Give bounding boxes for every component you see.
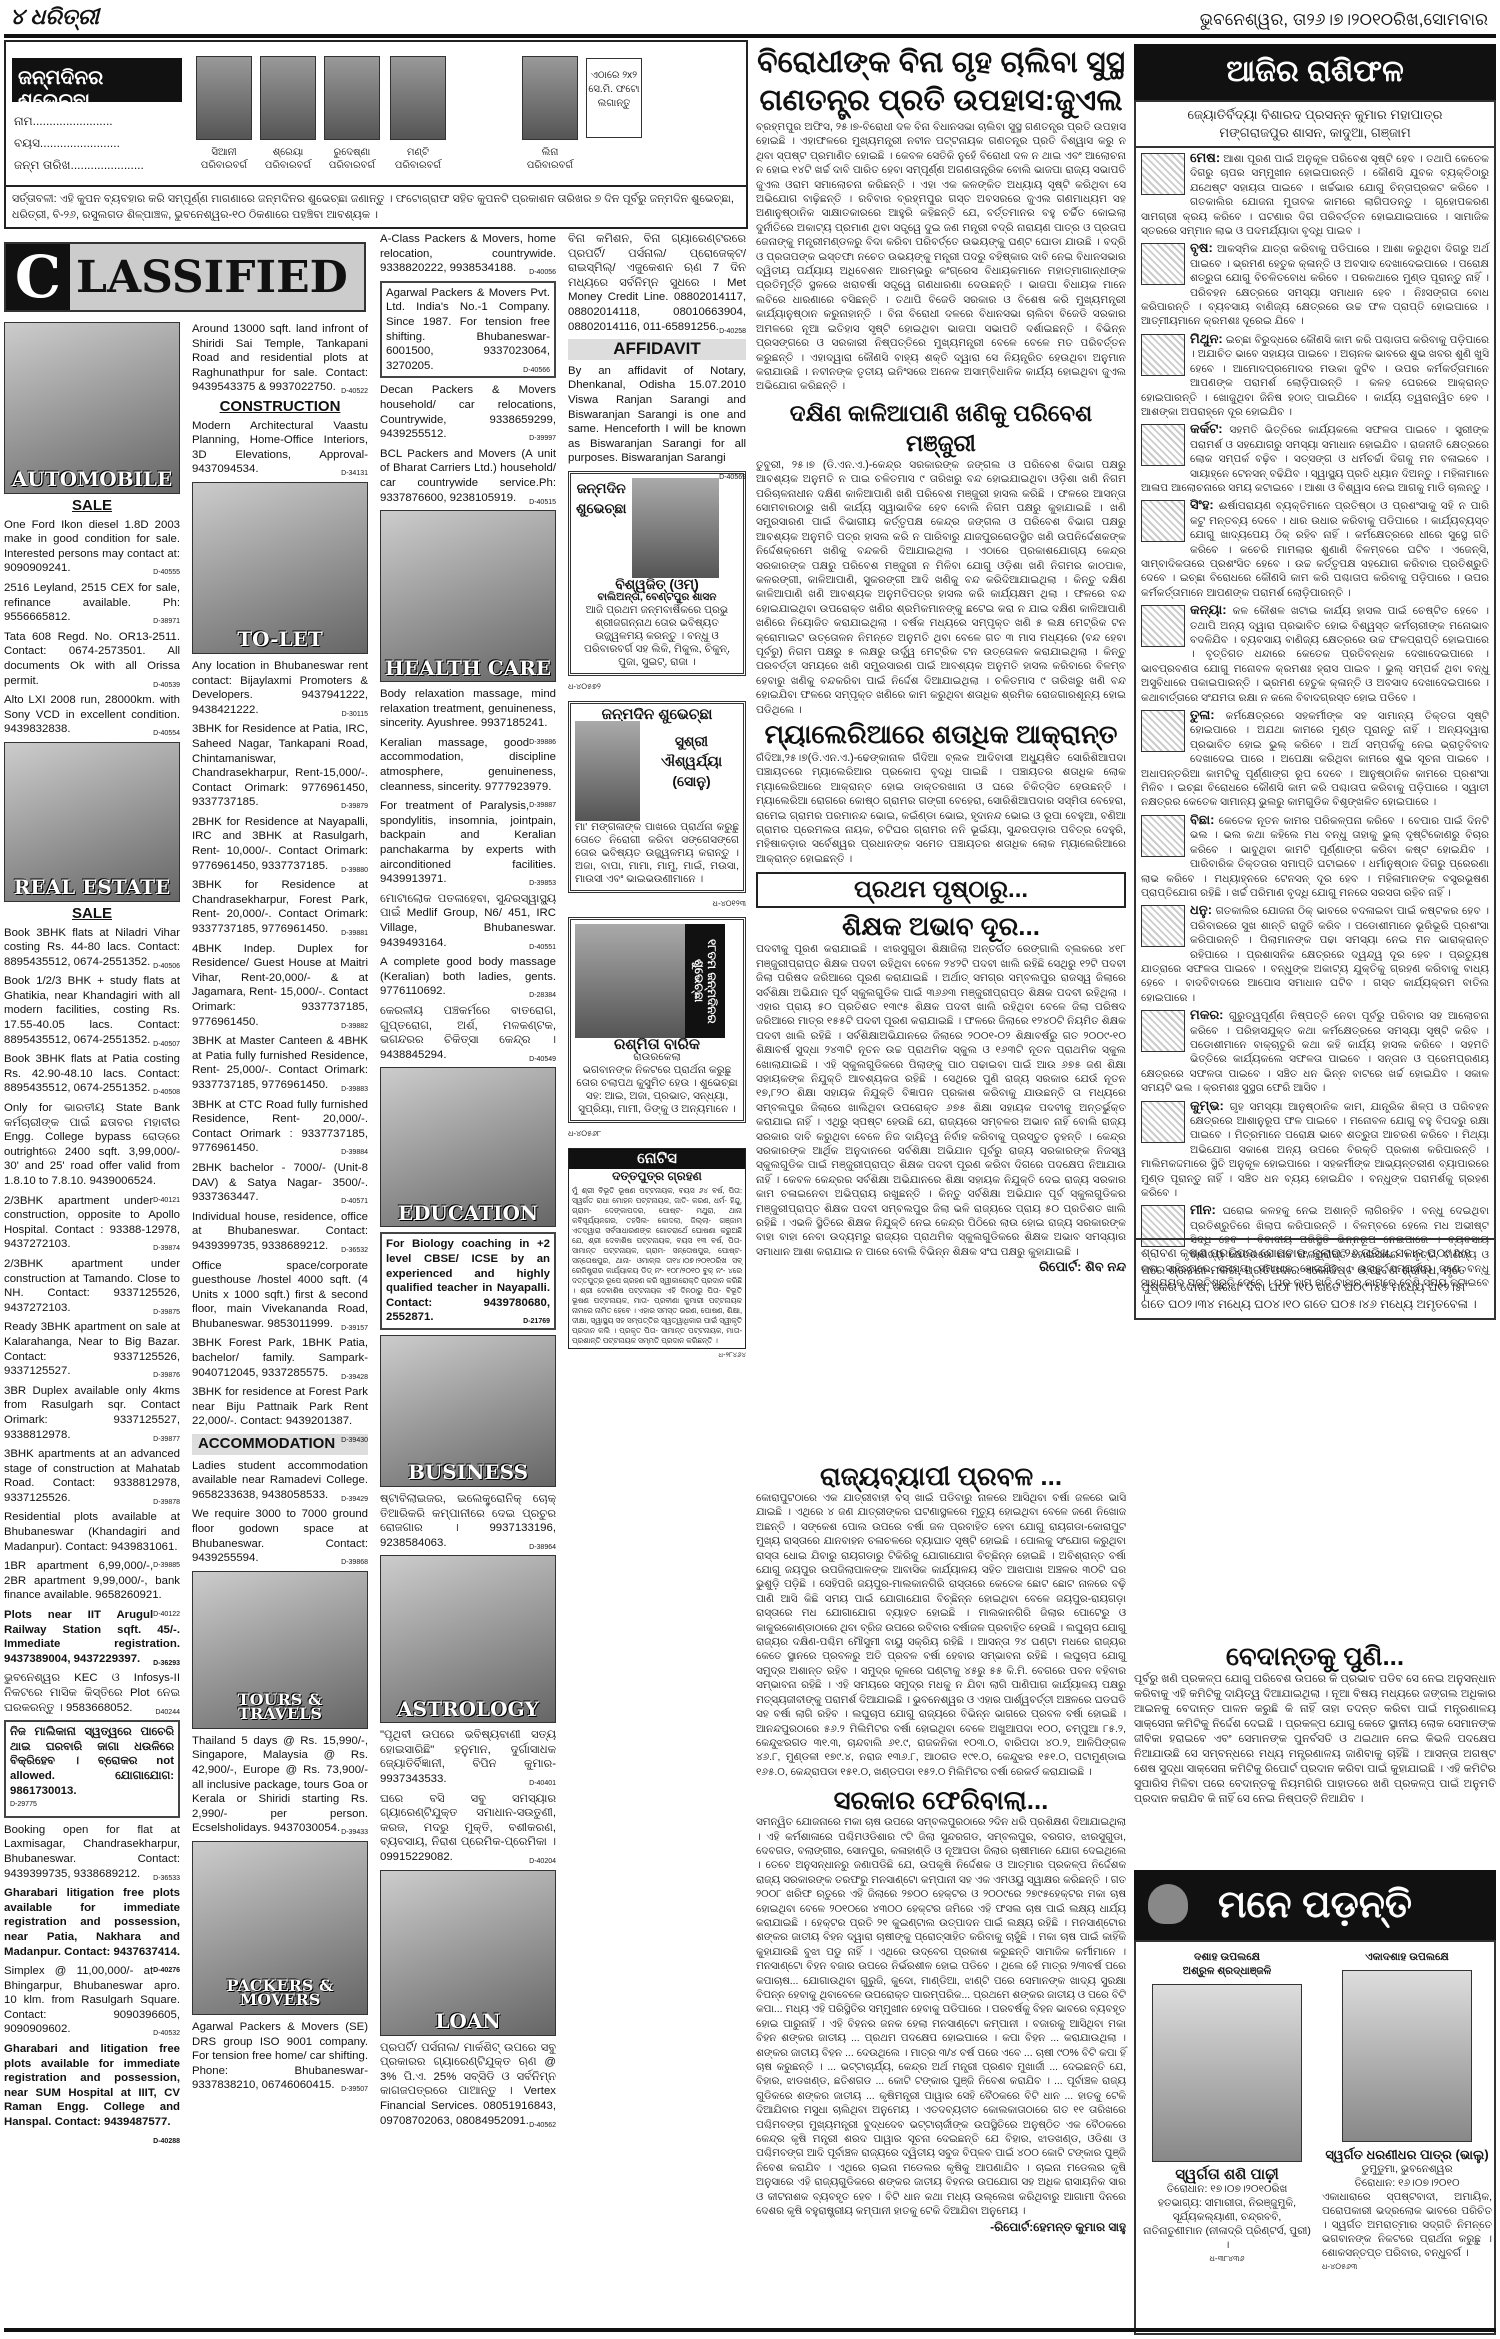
bull-icon: [1141, 243, 1185, 285]
classified-ad: Thailand 5 days @ Rs. 15,990/-, Singapor…: [192, 1734, 368, 1836]
birthday-coupon: ଜନ୍ମଦିନର ଶୁଭେଚ୍ଛା ନାମ...................…: [4, 40, 748, 229]
scales-icon: [1141, 710, 1185, 752]
rain-article: ରାଜ୍ୟବ୍ୟାପୀ ପ୍ରବଳ ... କୋରାପୁଟଠାରେ ଏକ ଯାତ…: [756, 1460, 1126, 2235]
scorpion-icon: [1141, 815, 1185, 857]
water-bearer-icon: [1141, 1101, 1185, 1143]
age-field[interactable]: ବୟସ........................: [14, 136, 120, 151]
classified-ad: 3BR Duplex available only 4kms from Rasu…: [4, 1384, 180, 1442]
classified-ad: ମୋଟାଲୋକ ପତଳାହେବା, ସୁନ୍ଦରସ୍ୱାସ୍ଥ୍ୟ ପାଇଁ M…: [380, 892, 556, 950]
article-body: ସମନ୍ୱିତ ଯୋଜନାରେ ମକା ଚାଷ ଉପରେ ସମ୍ବଲପୁରଠାର…: [756, 1816, 1126, 2219]
coupon-terms: ସର୍ତ୍ତାବଳୀ: ଏହି କୁପନ ବ୍ୟବହାର କରି ସମ୍ପୂର୍…: [6, 185, 746, 227]
banner-initial: C: [6, 244, 70, 310]
article-body: ଗଁଦିଆ,୨୫।୭(ଡି.ଏନ.ଏ.)-ଢେଙ୍କାନାଳ ଗଁଦିଆ ବ୍ଲ…: [756, 751, 1126, 866]
headline: ଶିକ୍ଷକ ଅଭାବ ଦୂର...: [756, 910, 1126, 942]
classified-ad: Book 3BHK flats at Patia costing Rs. 42.…: [4, 1052, 180, 1096]
health-care-banner: HEALTH CARE: [380, 510, 556, 682]
sale-heading: SALE: [4, 907, 180, 922]
child-photo: [260, 56, 316, 140]
classified-ad: ଷ୍ଟାବିଲାଇଜର, ଇଲେକ୍ଟ୍ରୋନିକ୍ ଚୋକ୍ ତିଆରିକରି…: [380, 1492, 556, 1550]
classified-column-1: AUTOMOBILE SALE One Ford Ikon diesel 1.8…: [4, 322, 180, 2149]
classified-ad: Agarwal Packers & Movers (SE) DRS group …: [192, 2020, 368, 2093]
photo-caption: ମଣ୍ଟିପରିବାରବର୍ଗ: [378, 146, 458, 172]
classified-ad: Residential plots available at Bhubanesw…: [4, 1510, 180, 1554]
rashi-sagittarius: ଧନୁ: ଗତକାଲିର ଯୋଜନା ଠିକ୍ ଭାବରେ ବଦଳାଇବା ପା…: [1136, 903, 1494, 1005]
classified-ad: By an affidavit of Notary, Dhenkanal, Od…: [568, 364, 746, 466]
coupon-title: ଜନ୍ମଦିନର ଶୁଭେଚ୍ଛା: [12, 58, 182, 102]
classified-ad: ଘରେ ବସି ସବୁ ସମସ୍ୟାର ଗ୍ୟାରେଣ୍ଟିଯୁକ୍ତ ସମାଧ…: [380, 1792, 556, 1865]
obituary-title: ମନେ ପଡ଼ନ୍ତି: [1134, 1870, 1496, 1940]
rashi-aries: ମେଷ: ଆଶା ପୂରଣ ପାଇଁ ଅନୁକୂଳ ପରିବେଶ ସୃଷ୍ଟି …: [1136, 151, 1494, 238]
business-banner: BUSINESS: [380, 1335, 556, 1487]
rashi-taurus: ବୃଷ: ଆକସ୍ମିକ ଯାତ୍ରା କରିବାକୁ ପଡିପାରେ । ଆଶ…: [1136, 241, 1494, 328]
classified-ad: "ପୃଥିବୀ ଉପରେ ଭବିଷ୍ୟବାଣୀ ସତ୍ୟ ହୋଇସାରିଛି" …: [380, 1728, 556, 1786]
child-photo: [196, 56, 252, 140]
headline: ଦକ୍ଷିଣ କାଳିଆପାଣି ଖଣିକୁ ପରିବେଶ ମଞ୍ଜୁରୀ: [756, 398, 1126, 458]
tours-travels-banner: TOURS & TRAVELS: [192, 1571, 368, 1729]
classified-ad: A-Class Packers & Movers, home relocatio…: [380, 232, 556, 276]
child-photo: [522, 56, 578, 140]
rashi-leo: ସିଂହ: ଈର୍ଷାପରାୟଣ ବ୍ୟକ୍ତିମାନେ ପ୍ରତିଷ୍ଠା ଓ…: [1136, 498, 1494, 600]
classified-ad: 2BHK for Residence at Nayapalli, IRC and…: [192, 815, 368, 873]
classified-ad: Gharabari and litigation free plots avai…: [4, 2042, 180, 2130]
classified-ad: 3BHK for residence at Forest Park near B…: [192, 1385, 368, 1429]
ram-icon: [1141, 153, 1185, 195]
rashi-capricorn: ମକର: ଗୁରୁତ୍ୱପୂର୍ଣ୍ଣ ନିଷ୍ପତ୍ତି ନେବା ପୂର୍ବ…: [1136, 1008, 1494, 1095]
classified-ad: Alto LXI 2008 run, 28000km. with Sony VC…: [4, 693, 180, 737]
article-body: ବ୍ରହ୍ମପୁର ଅଫିସ, ୨୫।୭-ବିରୋଧୀ ଦଳ ବିନା ବିଧା…: [756, 120, 1126, 394]
byline: -ରିପୋର୍ଟ:ହେମନ୍ତ କୁମାର ସାହୁ: [756, 2220, 1126, 2235]
classified-ad: Around 13000 sqft. land infront of Shiri…: [192, 322, 368, 395]
classified-ad: ବିନା କମିଶନ, ବିନା ଗ୍ୟାରେଣ୍ଟରରେ ପ୍ରପର୍ଟି/ …: [568, 232, 746, 334]
construction-heading: CONSTRUCTION: [192, 400, 368, 415]
panjika: ଶ୍ରାବଣ କୃଷ୍ଣ ପ୍ରତିପଦା ସୋମବାର, ଜୁଲାଇ ୨୬ ତ…: [1136, 1238, 1494, 1318]
classified-ad: 3BHK for Residence at Patia, IRC, Saheed…: [192, 722, 368, 810]
rashi-gemini: ମିଥୁନ: ଇଚ୍ଛା ବିରୁଦ୍ଧରେ କୌଣସି କାମ କରି ପଶ୍…: [1136, 332, 1494, 419]
obituary-right: ଏକାଦଶାହ ଉପଲକ୍ଷେ ସ୍ୱର୍ଗତ ଧରଣୀଧର ପାତ୍ର (ଭା…: [1322, 1950, 1492, 2274]
classified-ad: We require 3000 to 7000 ground floor god…: [192, 1507, 368, 1565]
classified-ad: କେରଳୀୟ ପଞ୍ଚକର୍ମରେ ବାତରୋଗ, ଗୁପ୍ତରୋଗ, ଅର୍ଶ…: [380, 1004, 556, 1062]
classified-ad: Tata 608 Regd. No. OR13-2511. Contact: 0…: [4, 630, 180, 688]
birthday-greeting: ଜନ୍ମଦିନ ଶୁଭେଚ୍ଛା ସୁଶ୍ରୀ ଐଶ୍ୱର୍ଯ୍ୟା (ସୋନୁ…: [568, 701, 746, 893]
page-brand: ୪ ଧରିତ୍ରୀ: [10, 4, 99, 30]
crab-icon: [1141, 424, 1185, 466]
classified-ad: Individual house, residence, office at B…: [192, 1210, 368, 1254]
classified-ad: 3BHK at Master Canteen & 4BHK at Patia f…: [192, 1034, 368, 1092]
packers-movers-banner: PACKERS & MOVERS: [192, 1841, 368, 2015]
affidavit-heading: AFFIDAVIT: [568, 339, 746, 360]
classified-ad: Any location in Bhubaneswar rent contact…: [192, 659, 368, 717]
classified-ad: 3BHK Forest Park, 1BHK Patia, bachelor/ …: [192, 1336, 368, 1380]
top-rule: [4, 34, 1496, 38]
classified-column-3: A-Class Packers & Movers, home relocatio…: [380, 232, 556, 2133]
rashi-aquarius: କୁମ୍ଭ: ଗୃହ ସମସ୍ୟା ଆନୁଷ୍ଠାନିକ କାମ, ଯାନ୍ତ୍…: [1136, 1099, 1494, 1201]
classified-ad: Booking open for flat at Laxmisagar, Cha…: [4, 1823, 180, 1881]
lion-icon: [1141, 500, 1185, 542]
rashi-cancer: କର୍କଟ: ସହମତି ଭିତ୍ତିରେ କାର୍ଯ୍ୟକଲେ ସଫଳତା ପ…: [1136, 422, 1494, 495]
classified-ad: Only for ଭାରତୀୟ State Bank କର୍ମଚାରୀଙ୍କ ପ…: [4, 1101, 180, 1189]
classified-ad: Book 1/2/3 BHK + study flats at Ghatikia…: [4, 974, 180, 1047]
loan-banner: LOAN: [380, 1870, 556, 2036]
classified-ad: Office space/corporate guesthouse /hoste…: [192, 1259, 368, 1332]
classified-ad: Book 3BHK flats at Niladri Vihar costing…: [4, 926, 180, 970]
headline: ରାଜ୍ୟବ୍ୟାପୀ ପ୍ରବଳ ...: [756, 1460, 1126, 1492]
goat-icon: [1141, 1010, 1185, 1052]
classified-ad: 2/3BHK apartment under construction at T…: [4, 1257, 180, 1315]
rashifal-box: ଜ୍ୟୋତିର୍ବିଦ୍ୟା ବିଶାରଦ ପ୍ରସନ୍ନ କୁମାର ମହାପ…: [1134, 100, 1496, 1320]
astrology-banner: ASTROLOGY: [380, 1555, 556, 1723]
article-body: ପଦବୀକୁ ପୂରଣ କରାଯାଇଛି । ଝାରସୁଗୁଡା ଶିକ୍ଷାଜ…: [756, 942, 1126, 1259]
headline: ବେଦାନ୍ତକୁ ପୁଣି...: [1134, 1640, 1496, 1672]
rashifal-title: ଆଜିର ରାଶିଫଳ: [1134, 44, 1496, 100]
classified-ad: One Ford Ikon diesel 1.8D 2003 make in g…: [4, 518, 180, 576]
classified-ad: Decan Packers & Movers household/ car re…: [380, 383, 556, 441]
astrologer-credit: ଜ୍ୟୋତିର୍ବିଦ୍ୟା ବିଶାରଦ ପ୍ରସନ୍ନ କୁମାର ମହାପ…: [1136, 102, 1494, 148]
rashi-libra: ତୁଳା: କର୍ମକ୍ଷେତ୍ରରେ ସହକର୍ମୀଙ୍କ ସହ ସାମାନ୍…: [1136, 708, 1494, 810]
classified-ad: Ladies student accommodation available n…: [192, 1459, 368, 1503]
classified-ad: 3BHK at CTC Road fully furnished Residen…: [192, 1098, 368, 1156]
to-let-banner: TO-LET: [192, 482, 368, 654]
classified-ad-boxed: For Biology coaching in +2 level CBSE/ I…: [380, 1232, 556, 1330]
maiden-icon: [1141, 605, 1185, 647]
photo-slot: ଏଠାରେ ୨x୨ ସେ.ମି. ଫଟୋ ଲଗାନ୍ତୁ: [586, 58, 642, 138]
notice-box: ନୋଟିସ ଦତ୍ତପୁତ୍ର ଗ୍ରହଣ ମୁଁ ଶ୍ରୀ ବିଭୂତି ଭୂ…: [568, 1148, 746, 1349]
classified-ad: 2BHK bachelor - 7000/- (Unit-8 DAV) & Sa…: [192, 1161, 368, 1205]
obituary-left: ଦଶାହ ଉପଲକ୍ଷେ ଅଶ୍ରୁଳ ଶ୍ରଦ୍ଧାଞ୍ଜଳି ସ୍ୱର୍ଗତ…: [1142, 1950, 1312, 2266]
first-page-banner: ପ୍ରଥମ ପୃଷ୍ଠାରୁ...: [756, 872, 1126, 908]
dateline: ଭୁବନେଶ୍ୱର, ତା୨୬।୭।୨୦୧୦ରିଖ,ସୋମବାର: [1200, 10, 1488, 30]
lead-article: ବିରୋଧୀଙ୍କ ବିନା ଗୃହ ଚାଲିବା ସୁସ୍ଥ ଗଣତନ୍ତ୍ର…: [756, 44, 1126, 1275]
classified-ad: BCL Packers and Movers (A unit of Bharat…: [380, 447, 556, 505]
classified-ad: Ready 3BHK apartment on sale at Kalaraha…: [4, 1320, 180, 1378]
headline: ମ୍ୟାଲେରିଆରେ ଶତାଧିକ ଆକ୍ରାନ୍ତ: [756, 717, 1126, 751]
real-estate-banner: REAL ESTATE: [4, 742, 180, 902]
vedanta-article: ବେଦାନ୍ତକୁ ପୁଣି... ପୂର୍ବରୁ ଖଣି ପ୍ରକଳ୍ପ ଯୋ…: [1134, 1640, 1496, 1807]
portrait-photo: [575, 721, 640, 821]
article-body: ପୂର୍ବରୁ ଖଣି ପ୍ରକଳ୍ପ ଯୋଗୁ ପରିବେଶ ଉପରେ କି …: [1134, 1672, 1496, 1807]
classified-ad: Body relaxation massage, mind relaxation…: [380, 687, 556, 731]
classified-column-4: ବିନା କମିଶନ, ବିନା ଗ୍ୟାରେଣ୍ଟରରେ ପ୍ରପର୍ଟି/ …: [568, 232, 746, 1363]
child-photo: [324, 56, 380, 140]
sale-heading: SALE: [4, 499, 180, 514]
twins-icon: [1141, 334, 1185, 376]
automobile-banner: AUTOMOBILE: [4, 322, 180, 494]
headline: ସରକାର ଫେରିବାଲା...: [756, 1784, 1126, 1816]
birthday-greeting: ଜନ୍ମଦିନ ଶୁଭେଚ୍ଛା ବିଶ୍ୱଜିତ୍ (ଓମ୍) ବାଲିଅନ୍…: [568, 471, 746, 676]
portrait-photo: [1342, 1970, 1472, 2142]
classified-ad: 2516 Leyland, 2515 CEX for sale, refinan…: [4, 581, 180, 625]
child-photo: [632, 478, 720, 578]
classified-ad-boxed: ନିଜ ମାଲିକାନା ସ୍ୱତ୍ୱରେ ପାଚେରି ଥାଇ ଘରବାରି …: [4, 1720, 180, 1818]
classified-ad-boxed: Agarwal Packers & Movers Pvt. Ltd. India…: [380, 281, 556, 379]
headline: ବିରୋଧୀଙ୍କ ବିନା ଗୃହ ଚାଲିବା ସୁସ୍ଥ ଗଣତନ୍ତ୍ର…: [756, 44, 1126, 120]
lamp-icon: [1148, 1884, 1188, 1924]
classified-ad: 4BHK Indep. Duplex for Residence/ Guest …: [192, 942, 368, 1030]
portrait-photo: [1152, 1984, 1302, 2162]
child-photo: [390, 56, 446, 140]
article-body: କୋରାପୁଟଠାରେ ଏକ ଯାତ୍ରୀବାହୀ ବସ୍ ଖାଇଁ ପଡିବା…: [756, 1492, 1126, 1780]
classified-ad: 3BHK for Residence at Chandrasekharpur, …: [192, 878, 368, 936]
rashi-scorpio: ବିଛା: କେତେକ ନୂତନ କାମର ପରିକଳ୍ପନା କରିବେ । …: [1136, 813, 1494, 900]
classified-ad: ଭୁବନେଶ୍ୱର KEC ଓ Infosys-II ନିକଟରେ ମାସିକ …: [4, 1671, 180, 1715]
bottom-rule: [4, 2328, 1496, 2332]
classified-ad: 3BHK apartments at an advanced stage of …: [4, 1447, 180, 1505]
article-body: ତୁବୁରୀ, ୨୫।୭ (ଡି.ଏନ.ଏ.)-କେନ୍ଦ୍ର ସରକାରଙ୍କ…: [756, 458, 1126, 717]
name-field[interactable]: ନାମ........................: [14, 114, 113, 129]
dob-field[interactable]: ଜନ୍ମ ତାରିଖ......................: [14, 158, 144, 173]
photo-caption: ଲିନାପରିବାରବର୍ଗ: [510, 146, 590, 172]
classified-ad: ପ୍ରପର୍ଟି/ ପର୍ସନାଲ/ ମାର୍କଶିଟ୍ ଉପରେ ସବୁ ପ୍…: [380, 2041, 556, 2129]
classified-ad: A complete good body massage (Keralian) …: [380, 955, 556, 999]
classified-ad: Gharabari litigation free plots availabl…: [4, 1886, 180, 1959]
education-banner: EDUCATION: [380, 1067, 556, 1227]
classified-column-2: Around 13000 sqft. land infront of Shiri…: [192, 322, 368, 2098]
birthday-greeting: ୧୮ତମ ଜନ୍ମଦିନର ଶୁଭେଚ୍ଛା ରଶ୍ମିତା ବାରିକ ରାଉ…: [568, 917, 746, 1123]
obituary-box: ଦଶାହ ଉପଲକ୍ଷେ ଅଶ୍ରୁଳ ଶ୍ରଦ୍ଧାଞ୍ଜଳି ସ୍ୱର୍ଗତ…: [1134, 1940, 1496, 2335]
byline: ରିପୋର୍ଟ: ଶିବ ନନ୍ଦ: [756, 1259, 1126, 1275]
rashi-virgo: କନ୍ୟା: କଳ କୌଶଳ ଖଟାଇ କାର୍ଯ୍ୟ ହାସଲ ପାଇଁ ଚେ…: [1136, 603, 1494, 705]
classified-banner: C LASSIFIED: [4, 242, 366, 312]
banner-text: LASSIFIED: [70, 252, 348, 303]
archer-icon: [1141, 905, 1185, 947]
classified-ad: Modern Architectural Vaastu Planning, Ho…: [192, 419, 368, 477]
portrait-photo: [575, 924, 685, 1038]
